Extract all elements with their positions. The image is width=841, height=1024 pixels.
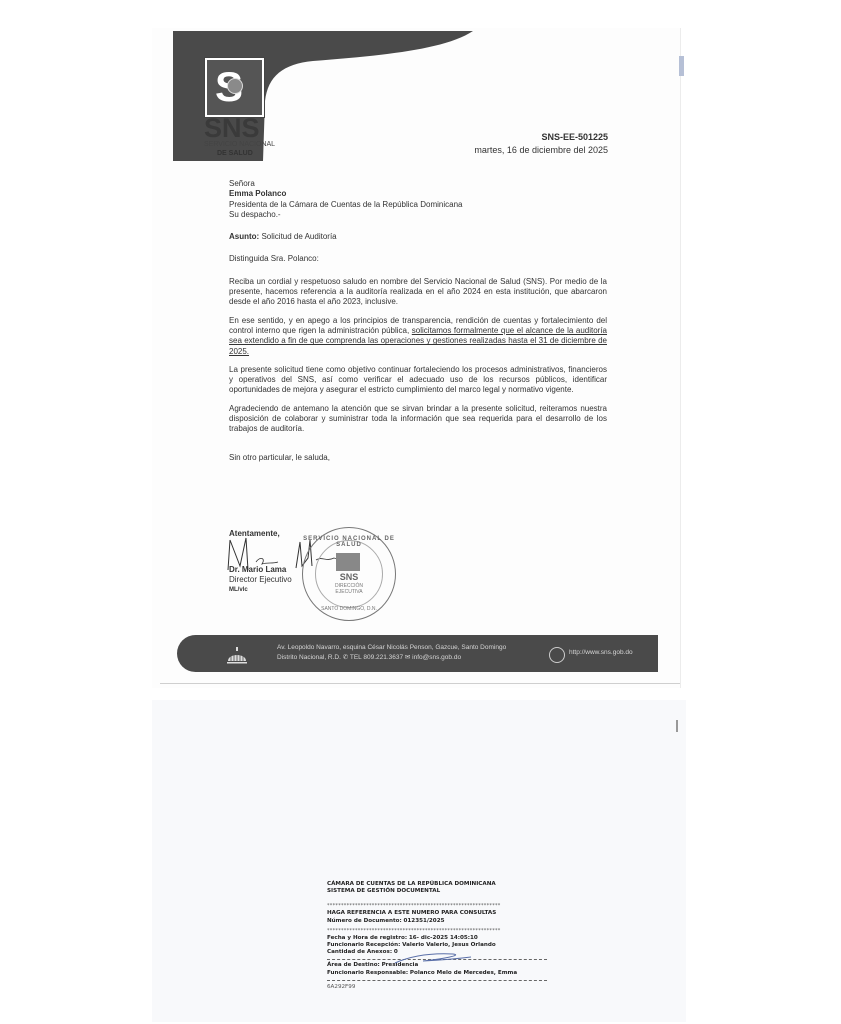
subject-label: Asunto: (229, 232, 259, 241)
footer-address-line-1: Av. Leopoldo Navarro, esquina César Nico… (277, 643, 506, 653)
receipt-registration-date: Fecha y Hora de registro: 16- dic-2025 1… (327, 935, 547, 942)
subject-line: Asunto: Solicitud de Auditoría (229, 232, 607, 242)
letter-footer: Av. Leopoldo Navarro, esquina César Nico… (177, 635, 658, 672)
closing-line: Sin otro particular, le saluda, (229, 453, 607, 463)
receipt-separator: ****************************************… (327, 928, 547, 934)
recipient-name: Emma Polanco (229, 189, 607, 199)
stamp-line-2: EJECUTIVA (303, 589, 395, 595)
receipt-system: SISTEMA DE GESTIÓN DOCUMENTAL (327, 888, 547, 895)
globe-icon (549, 647, 565, 663)
receipt-doc-number: Número de Documento: 012351/2025 (327, 918, 547, 925)
scan-mark (676, 720, 678, 732)
reception-value: Valerio Valerio, Jesus Orlando (402, 942, 496, 948)
receipt-responsible-officer: Funcionario Responsable: Polanco Melo de… (327, 970, 547, 977)
recipient-position: Presidenta de la Cámara de Cuentas de la… (229, 200, 607, 210)
receipt-reception-officer: Funcionario Recepción: Valerio Valerio, … (327, 942, 547, 949)
registration-receipt: CÁMARA DE CUENTAS DE LA REPÚBLICA DOMINI… (327, 881, 547, 991)
responsible-label: Funcionario Responsable: (327, 970, 408, 976)
brand-subtitle: DE SALUD (217, 150, 253, 158)
footer-website: http://www.sns.gob.do (569, 649, 633, 656)
area-label: Área de Destino: (327, 962, 380, 968)
paragraph-1: Reciba un cordial y respetuoso saludo en… (229, 277, 607, 308)
receipt-ref-notice: HAGA REFERENCIA A ESTE NUMERO PARA CONSU… (327, 910, 547, 917)
reference-block: SNS-EE-501225 martes, 16 de diciembre de… (474, 131, 608, 157)
brand-name: SNS (204, 114, 260, 142)
greeting: Distinguida Sra. Polanco: (229, 254, 607, 264)
reference-code: SNS-EE-501225 (474, 131, 608, 144)
receipt-verification-code: 6A292F99 (327, 984, 547, 991)
stamp-logo-icon (336, 553, 360, 571)
receipt-dashed-divider (327, 980, 547, 981)
paragraph-3: La presente solicitud tiene como objetiv… (229, 365, 607, 396)
responsible-value: Polanco Melo de Mercedes, Emma (410, 970, 517, 976)
paragraph-4: Agradeciendo de antemano la atención que… (229, 404, 607, 435)
sns-logo: S (205, 58, 264, 117)
signer-title: Director Ejecutivo (229, 575, 292, 585)
footer-address-line-2: Distrito Nacional, R.D. ✆ TEL 809.221.36… (277, 653, 506, 663)
reg-date-value: 16- dic-2025 14:05:10 (409, 935, 478, 941)
receipt-initials-scribble (393, 951, 473, 965)
stamp-arc-bottom: SANTO DOMINGO, D.N. (303, 606, 395, 612)
globe-icon (227, 78, 243, 94)
capitol-dome-icon (225, 647, 249, 665)
stamp-logo-text: SNS (303, 572, 395, 582)
receipt-separator: ****************************************… (327, 903, 547, 909)
letter-body: Señora Emma Polanco Presidenta de la Cám… (229, 179, 607, 471)
page-divider (160, 683, 680, 684)
doc-number-value: 012351/2025 (404, 918, 445, 924)
subject-text: Solicitud de Auditoría (261, 232, 336, 241)
reception-label: Funcionario Recepción: (327, 942, 400, 948)
brand-subtitle: SERVICIO NACIONAL (204, 141, 275, 149)
recipient-office: Su despacho.- (229, 210, 607, 220)
recipient-title: Señora (229, 179, 607, 189)
signer-initials: ML/vlc (229, 585, 292, 595)
letter-date: martes, 16 de diciembre del 2025 (474, 144, 608, 157)
doc-number-label: Número de Documento: (327, 918, 402, 924)
stamp-arc-top: SERVICIO NACIONAL DE SALUD (303, 536, 395, 548)
footer-address: Av. Leopoldo Navarro, esquina César Nico… (277, 643, 506, 663)
official-stamp: SERVICIO NACIONAL DE SALUD SNS DIRECCIÓN… (302, 527, 396, 621)
scan-mark (679, 56, 684, 76)
paragraph-2: En ese sentido, y en apego a los princip… (229, 316, 607, 357)
reg-date-label: Fecha y Hora de registro: (327, 935, 407, 941)
annexes-label: Cantidad de Anexos: (327, 949, 392, 955)
